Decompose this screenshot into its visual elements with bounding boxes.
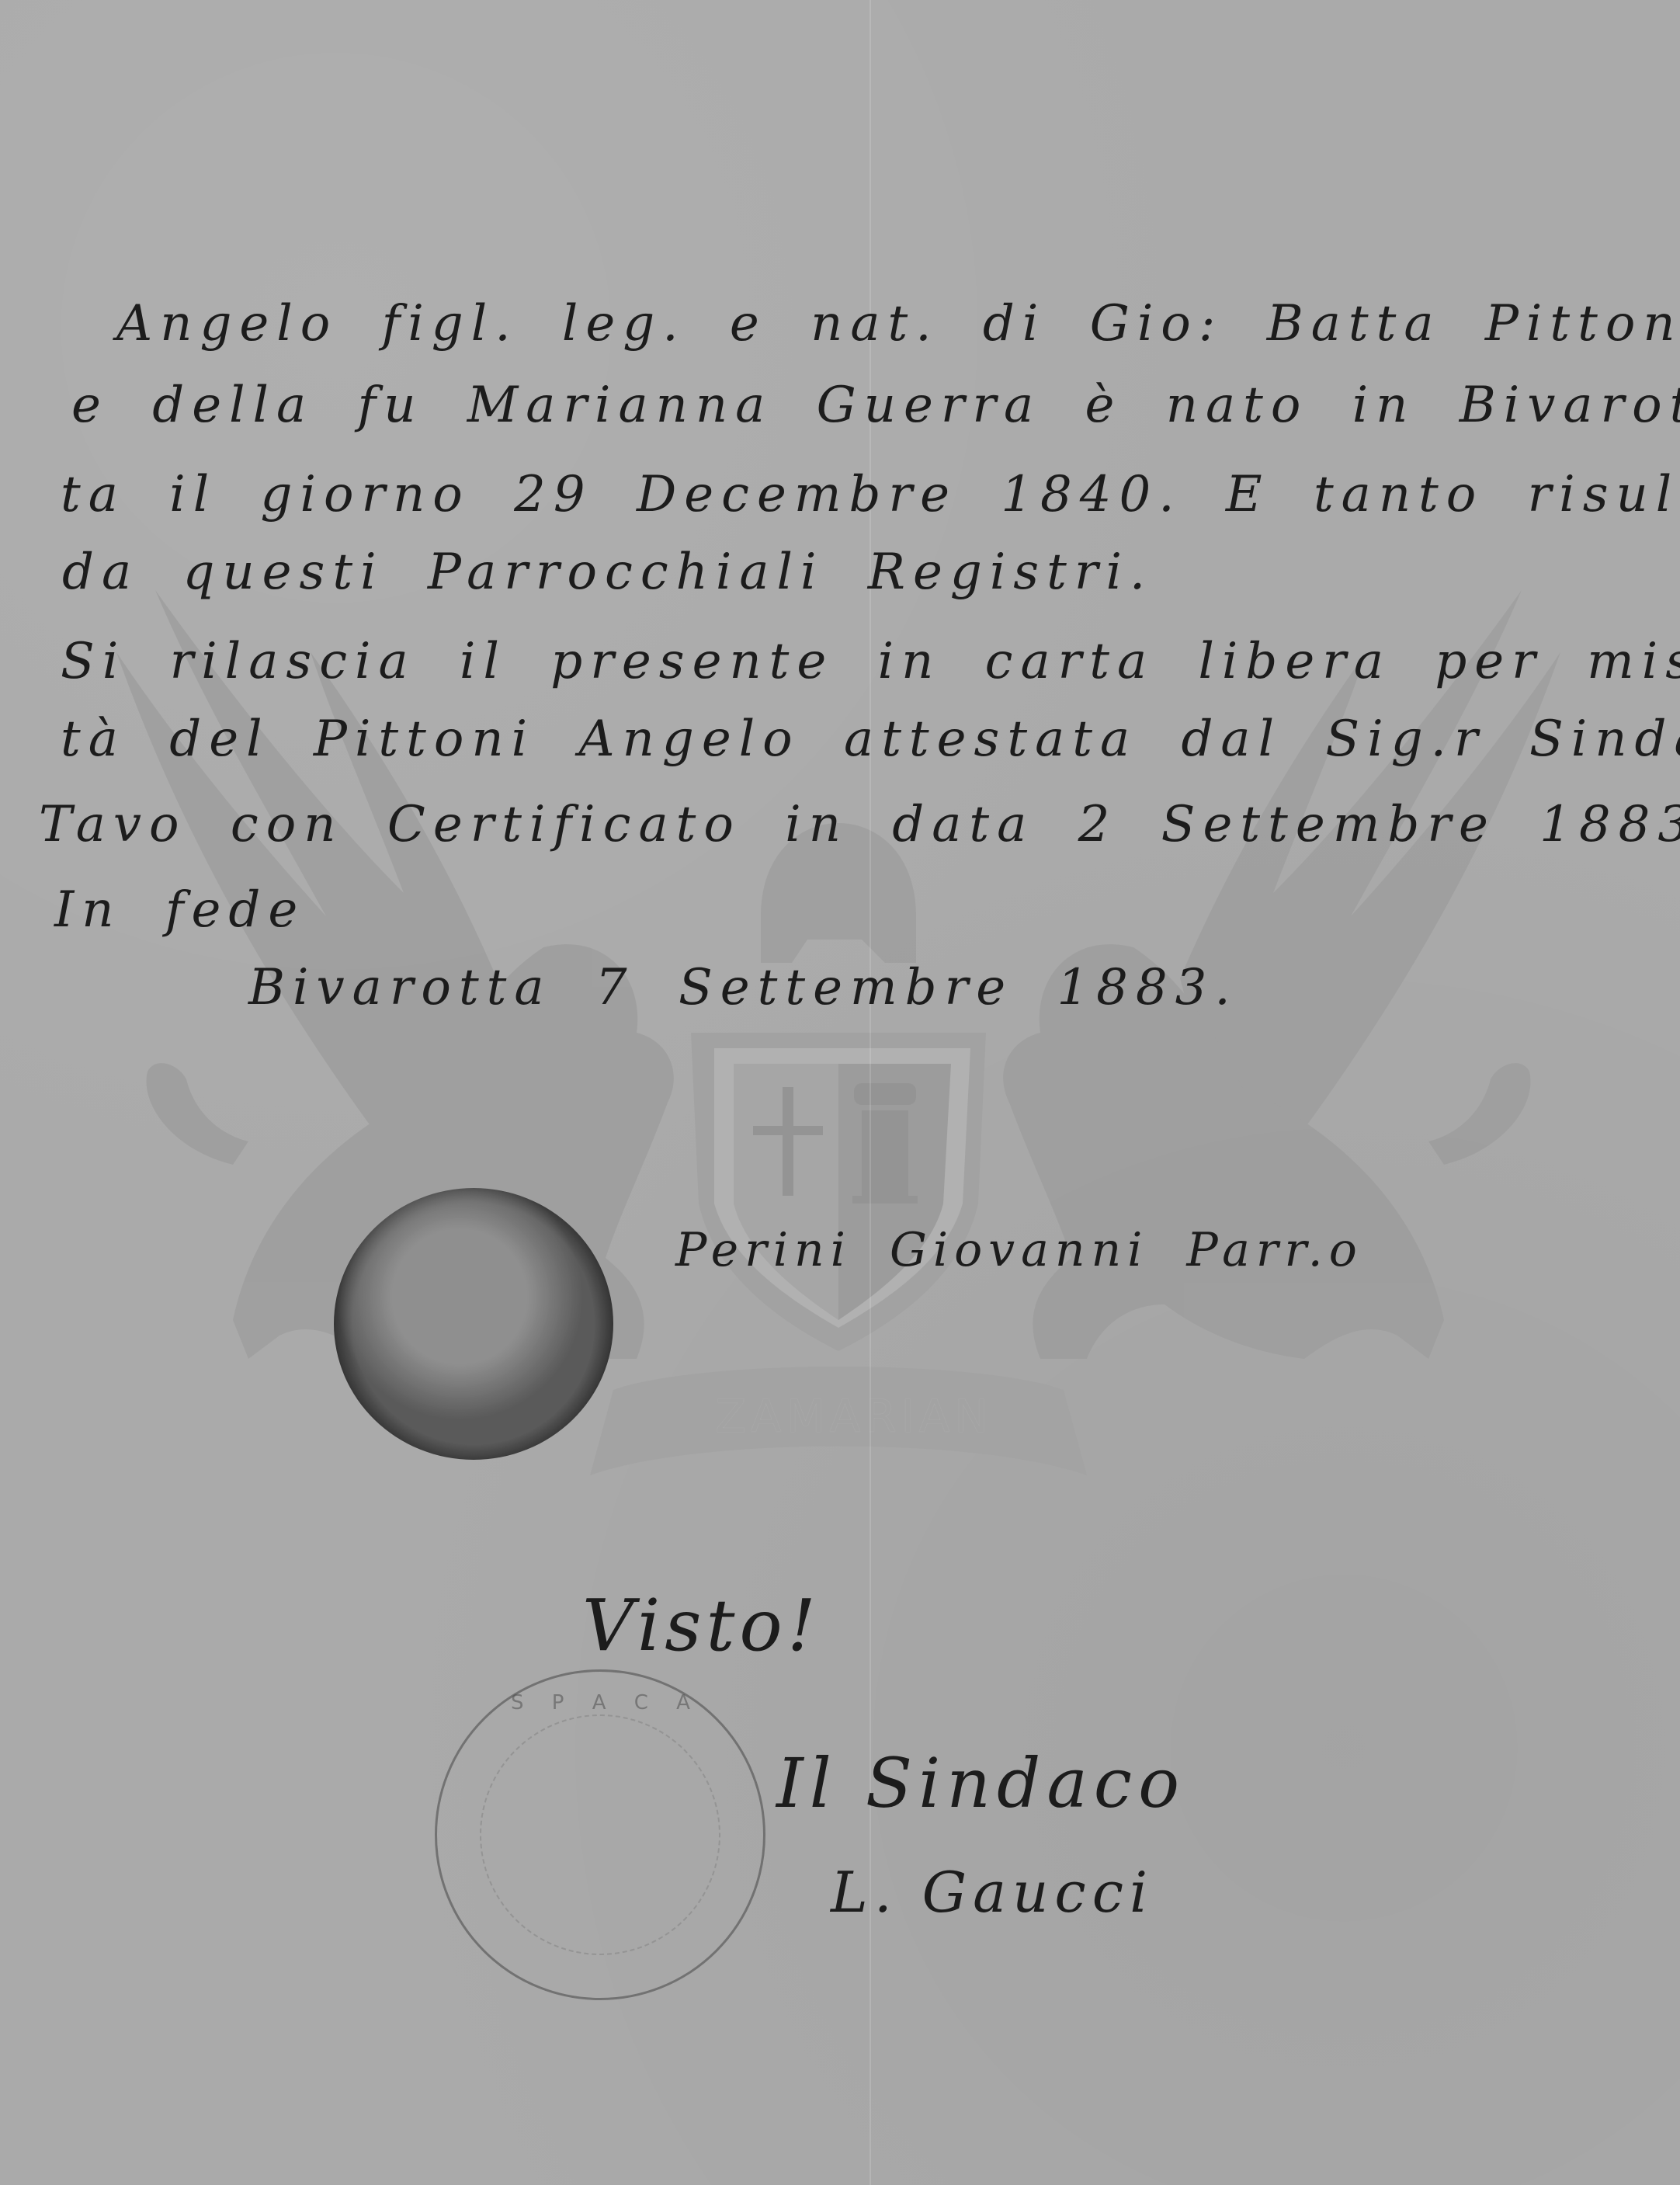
mayor-title: Il Sindaco — [776, 1743, 1185, 1823]
watermark-text: ZAMARIAN — [683, 1390, 1025, 1443]
wax-seal — [334, 1188, 613, 1460]
certificate-place-date: Bivarotta 7 Settembre 1883. — [248, 959, 1238, 1016]
certificate-line-6: tà del Pittoni Angelo attestata dal Sig.… — [61, 710, 1680, 768]
column-icon — [862, 1110, 908, 1196]
certificate-line-in-fede: In fede — [54, 881, 305, 939]
certificate-line-4: da questi Parrocchiali Registri. — [62, 544, 1153, 601]
certificate-line-2: e della fu Marianna Guerra è nato in Biv… — [71, 377, 1680, 434]
priest-signature: Perini Giovanni Parr.o — [675, 1223, 1363, 1277]
visto-endorsement: Visto! — [582, 1584, 821, 1667]
ink-stamp-inner-ring — [480, 1714, 720, 1955]
certificate-line-3: ta il giorno 29 Decembre 1840. E tanto r… — [61, 466, 1680, 523]
mayor-signature: L. Gaucci — [831, 1860, 1154, 1925]
ink-stamp-text: S P A C A — [511, 1691, 701, 1714]
certificate-line-7: Tavo con Certificato in data 2 Settembre… — [39, 796, 1680, 853]
ink-stamp-circle: S P A C A — [435, 1669, 765, 2000]
certificate-line-1: Angelo figl. leg. e nat. di Gio: Batta P… — [116, 295, 1680, 353]
certificate-line-5: Si rilascia il presente in carta libera … — [61, 633, 1680, 690]
